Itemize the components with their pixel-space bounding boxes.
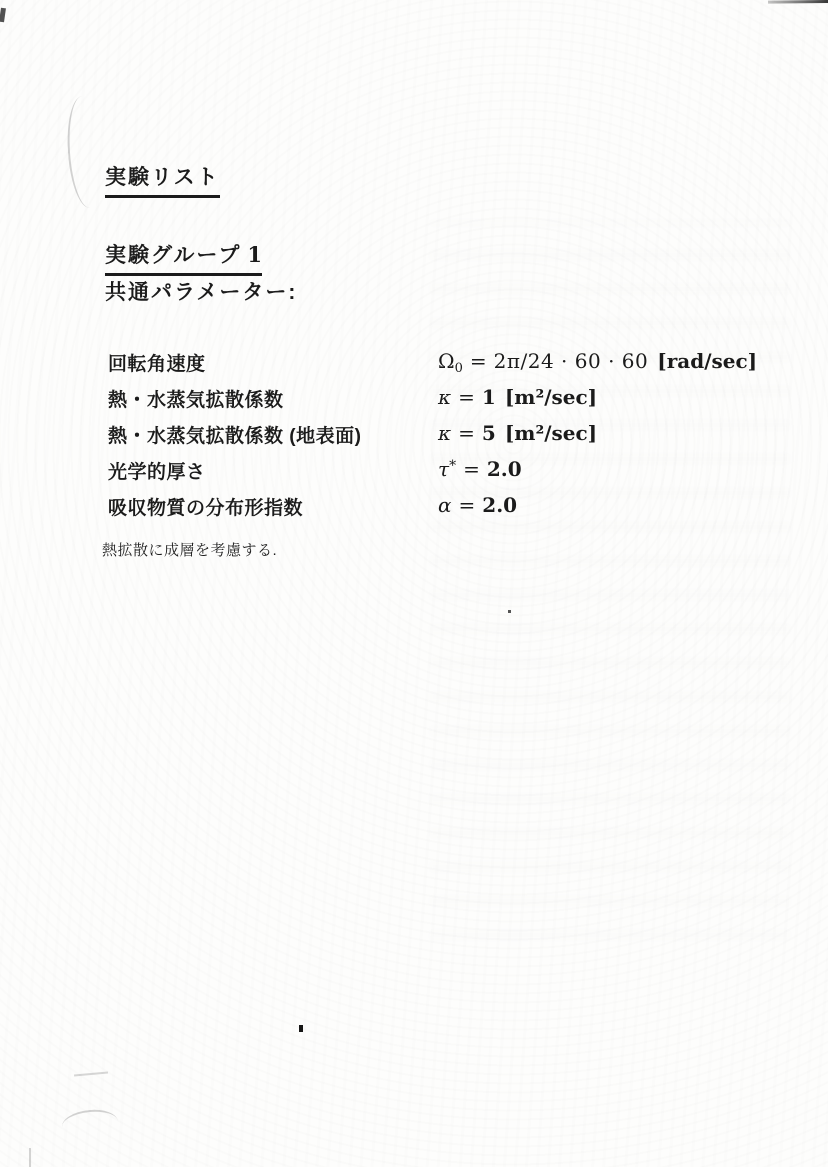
parameter-formula: τ*=2.0 xyxy=(438,457,757,484)
page-bleed-through xyxy=(430,220,790,940)
parameter-label: 吸収物質の分布形指数 xyxy=(108,493,438,520)
footnote-text: 熱拡散に成層を考慮する. xyxy=(102,539,277,560)
parameter-value: 2.0 xyxy=(487,457,522,481)
parameter-label: 熱・水蒸気拡散係数 xyxy=(108,385,438,412)
parameter-value: 5 xyxy=(482,421,496,445)
parameter-unit: [m²/sec] xyxy=(505,421,597,445)
scan-speck xyxy=(508,610,511,613)
equals-sign: = xyxy=(463,457,480,481)
math-symbol: τ xyxy=(438,457,449,481)
math-symbol: κ xyxy=(438,421,451,445)
parameter-unit: [m²/sec] xyxy=(505,385,597,409)
scan-edge-shadow xyxy=(768,0,828,4)
document-title: 実験リスト xyxy=(105,161,220,198)
parameter-formula: Ω0=2π/24 · 60 · 60[rad/sec] xyxy=(438,349,757,376)
scanned-document-page: 実験リスト 実験グループ1 共通パラメーター: 回転角速度 Ω0=2π/24 ·… xyxy=(0,0,828,1167)
parameter-label: 光学的厚さ xyxy=(108,457,438,484)
scan-crease-mark xyxy=(74,1072,108,1077)
parameter-unit: [rad/sec] xyxy=(657,349,757,373)
math-subscript: 0 xyxy=(455,361,463,376)
parameter-value: 2.0 xyxy=(482,493,517,517)
math-superscript: * xyxy=(449,458,456,474)
parameter-value: 2π/24 · 60 · 60 xyxy=(494,349,649,373)
parameter-label: 回転角速度 xyxy=(108,349,438,376)
equals-sign: = xyxy=(459,493,476,517)
equals-sign: = xyxy=(470,349,487,373)
scan-crease-mark xyxy=(64,95,108,209)
math-symbol: α xyxy=(438,493,452,517)
common-parameters-subheading: 共通パラメーター: xyxy=(105,276,297,306)
scan-crease-mark xyxy=(61,1107,120,1141)
parameter-formula: κ=5[m²/sec] xyxy=(438,421,757,448)
equals-sign: = xyxy=(458,385,475,409)
parameter-formula: κ=1[m²/sec] xyxy=(438,385,757,412)
math-symbol: κ xyxy=(438,385,451,409)
scan-speck xyxy=(0,8,6,23)
parameter-formula: α=2.0 xyxy=(438,493,757,520)
equals-sign: = xyxy=(458,421,475,445)
parameter-table: 回転角速度 Ω0=2π/24 · 60 · 60[rad/sec] 熱・水蒸気拡… xyxy=(108,344,757,524)
math-symbol: Ω xyxy=(438,349,455,373)
scan-edge-mark xyxy=(29,1148,31,1167)
scan-speck xyxy=(299,1025,303,1032)
parameter-value: 1 xyxy=(482,385,496,409)
experiment-group-heading: 実験グループ1 xyxy=(105,239,262,276)
experiment-group-number: 1 xyxy=(247,242,262,267)
experiment-group-heading-text: 実験グループ xyxy=(105,244,241,267)
parameter-label: 熱・水蒸気拡散係数 (地表面) xyxy=(108,421,438,448)
